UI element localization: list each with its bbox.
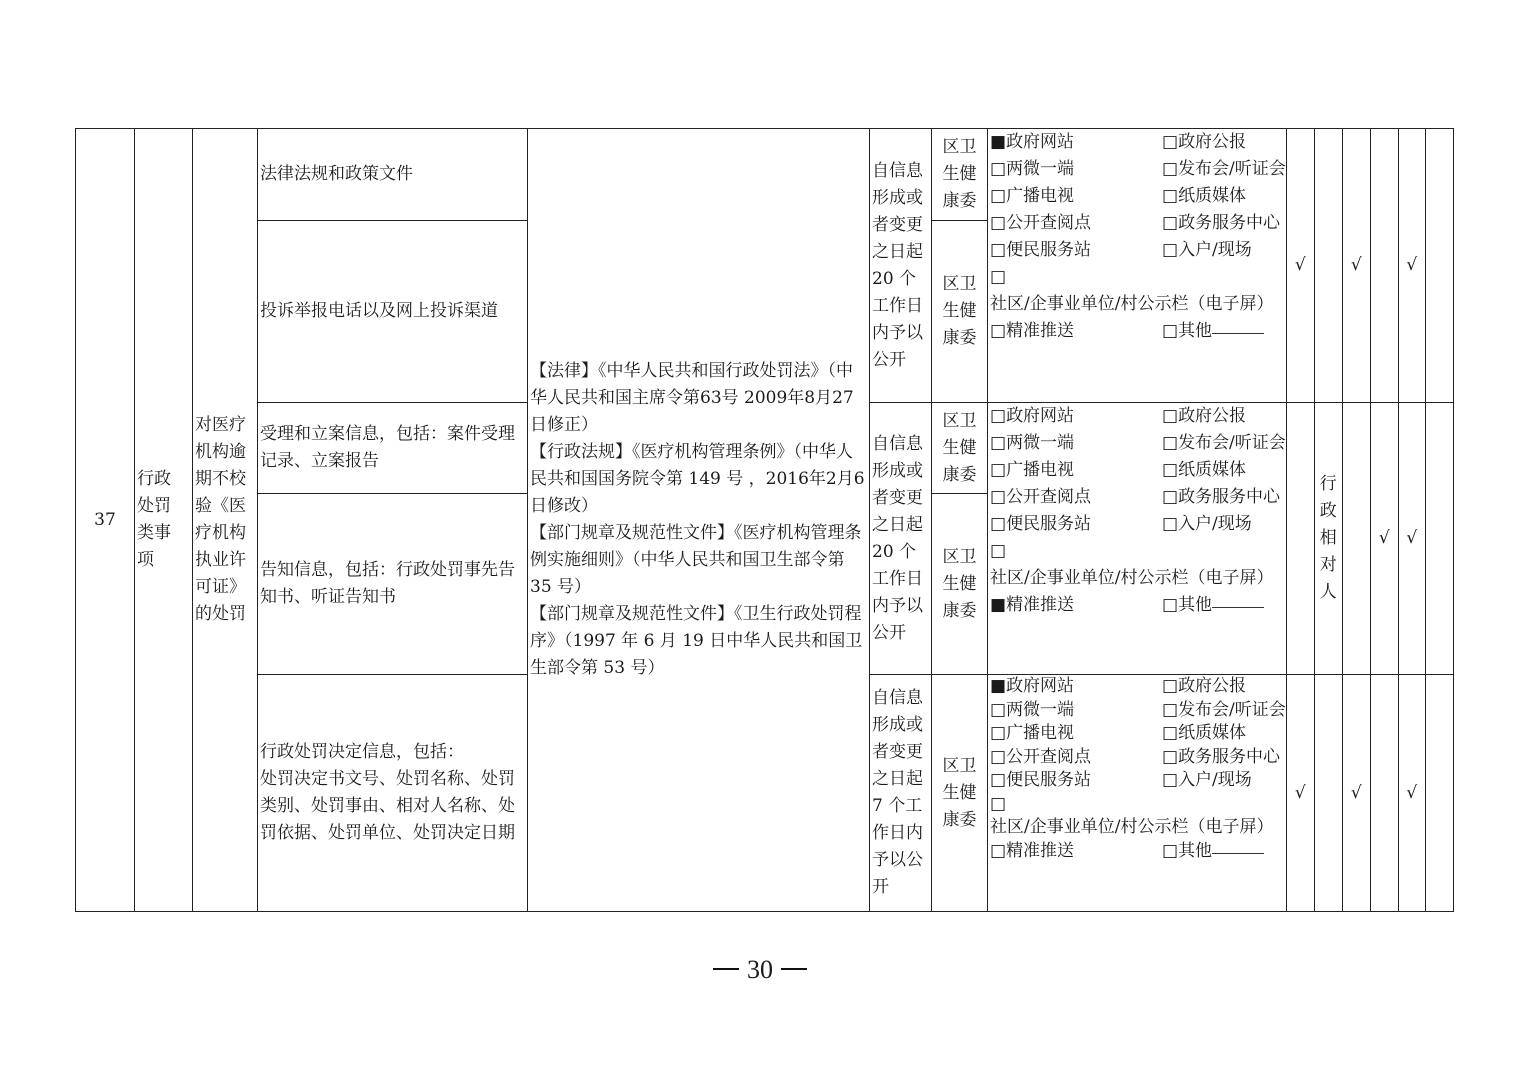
content-decision-info: 行政处罚决定信息，包括： 处罚决定书文号、处罚名称、处罚类别、处罚事由、相对人名… [258,675,528,912]
subject: 区卫生健康委 [932,675,988,912]
channel-board: □社区/企事业单位/村公示栏（电子屏） [990,793,1286,840]
mark-1: √ [1286,675,1314,912]
channel-station: □便民服务站 [990,511,1162,538]
footer-dash-left [713,968,739,970]
channel-press: □发布会/听证会 [1162,699,1286,723]
channel-wechat: □两微一端 [990,156,1162,183]
channel-reading: □公开查阅点 [990,484,1162,511]
channel-gov-site: ■政府网站 [990,129,1162,156]
channel-paper: □纸质媒体 [1162,183,1246,210]
content-notification-info: 告知信息，包括：行政处罚事先告知书、听证告知书 [258,494,528,675]
channel-press: □发布会/听证会 [1162,156,1286,183]
mark-6 [1425,675,1453,912]
basis-regulation: 【行政法规】《医疗机构管理条例》（中华人民共和国国务院令第 149 号 ，201… [530,439,869,520]
channel-paper: □纸质媒体 [1162,722,1246,746]
mark-4 [1370,675,1398,912]
page-number: 30 [747,955,773,984]
subject: 区卫生健康委 [932,403,988,494]
basis-rule-2: 【部门规章及规范性文件】《卫生行政处罚程序》（1997 年 6 月 19 日中华… [530,601,869,682]
mark-5: √ [1398,675,1425,912]
item-name: 对医疗机构逾期不校验《医疗机构执业许可证》的处罚 [193,129,258,912]
channels-group-3: ■政府网站□政府公报 □两微一端□发布会/听证会 □广播电视□纸质媒体 □公开查… [988,675,1287,912]
basis-law: 【法律】《中华人民共和国行政处罚法》（中华人民共和国主席令第63号 2009年8… [530,358,869,439]
subject: 区卫生健康委 [932,221,988,403]
mark-1: √ [1286,129,1314,403]
channel-other: □其他 [1162,592,1264,619]
channel-tv: □广播电视 [990,183,1162,210]
channel-push: □精准推送 [990,318,1162,345]
mark-4: √ [1370,403,1398,675]
content-complaint-channels: 投诉举报电话以及网上投诉渠道 [258,221,528,403]
legal-basis: 【法律】《中华人民共和国行政处罚法》（中华人民共和国主席令第63号 2009年8… [528,129,870,912]
mark-3: √ [1342,675,1370,912]
mark-1 [1286,403,1314,675]
subject: 区卫生健康委 [932,494,988,675]
channel-other: □其他 [1162,840,1264,864]
channel-board: □社区/企事业单位/村公示栏（电子屏） [990,264,1286,318]
channel-service: □政务服务中心 [1162,746,1280,770]
channel-reading: □公开查阅点 [990,210,1162,237]
channel-service: □政务服务中心 [1162,210,1280,237]
channel-gov-site: □政府网站 [990,403,1162,430]
channel-paper: □纸质媒体 [1162,457,1246,484]
channel-station: □便民服务站 [990,237,1162,264]
mark-3: √ [1342,129,1370,403]
channel-door: □入户/现场 [1162,511,1252,538]
channel-press: □发布会/听证会 [1162,430,1286,457]
mark-4 [1370,129,1398,403]
channel-tv: □广播电视 [990,722,1162,746]
channel-reading: □公开查阅点 [990,746,1162,770]
basis-rule-1: 【部门规章及规范性文件】《医疗机构管理条例实施细则》（中华人民共和国卫生部令第 … [530,520,869,601]
channels-group-1: ■政府网站□政府公报 □两微一端□发布会/听证会 □广播电视□纸质媒体 □公开查… [988,129,1287,403]
channel-gazette: □政府公报 [1162,403,1246,430]
channel-other: □其他 [1162,318,1264,345]
mark-2 [1314,675,1342,912]
channel-board: □社区/企事业单位/村公示栏（电子屏） [990,538,1286,592]
row-number: 37 [76,129,135,912]
content-laws-policies: 法律法规和政策文件 [258,129,528,221]
channel-gov-site: ■政府网站 [990,675,1162,699]
mark-6 [1425,129,1453,403]
channel-service: □政务服务中心 [1162,484,1280,511]
channel-door: □入户/现场 [1162,769,1252,793]
footer-dash-right [781,968,807,970]
target-party: 行政相对人 [1314,403,1342,675]
channel-station: □便民服务站 [990,769,1162,793]
time-limit: 自信息形成或者变更之日起20 个工作日内予以公开 [870,129,932,403]
mark-3 [1342,403,1370,675]
mark-5: √ [1398,403,1425,675]
channel-wechat: □两微一端 [990,430,1162,457]
subject: 区卫生健康委 [932,129,988,221]
disclosure-table: 37 行政处罚类事项 对医疗机构逾期不校验《医疗机构执业许可证》的处罚 法律法规… [75,128,1454,912]
document-page: 37 行政处罚类事项 对医疗机构逾期不校验《医疗机构执业许可证》的处罚 法律法规… [0,0,1520,1074]
channel-gazette: □政府公报 [1162,675,1246,699]
mark-6 [1425,403,1453,675]
content-acceptance-info: 受理和立案信息，包括：案件受理记录、立案报告 [258,403,528,494]
channel-wechat: □两微一端 [990,699,1162,723]
time-limit: 自信息形成或者变更之日起7 个工作日内予以公开 [870,675,932,912]
item-category: 行政处罚类事项 [135,129,193,912]
channels-group-2: □政府网站□政府公报 □两微一端□发布会/听证会 □广播电视□纸质媒体 □公开查… [988,403,1287,675]
channel-push: □精准推送 [990,840,1162,864]
channel-door: □入户/现场 [1162,237,1252,264]
time-limit: 自信息形成或者变更之日起20 个工作日内予以公开 [870,403,932,675]
channel-push: ■精准推送 [990,592,1162,619]
mark-2 [1314,129,1342,403]
page-footer: 30 [0,955,1520,985]
mark-5: √ [1398,129,1425,403]
channel-gazette: □政府公报 [1162,129,1246,156]
channel-tv: □广播电视 [990,457,1162,484]
